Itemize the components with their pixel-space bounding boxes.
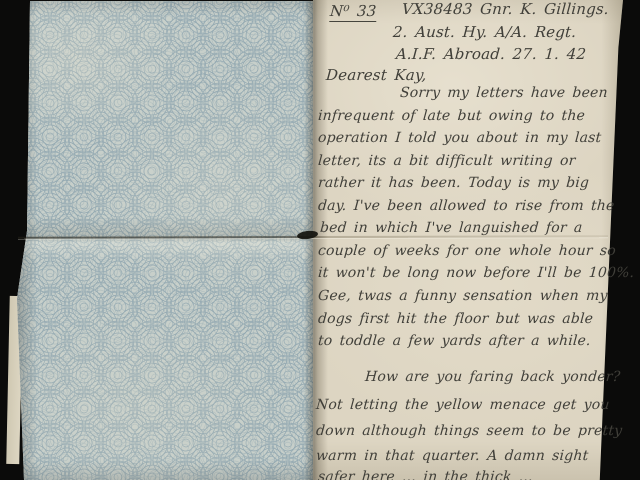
letter-line-cutoff: safer here … in the thick … — [317, 469, 533, 480]
letter-page-number: N⁰ 33 — [329, 2, 377, 20]
letter-line: dogs first hit the floor but was able — [317, 311, 593, 327]
letter-line: warm in that quarter. A damn sight — [315, 448, 589, 464]
letter-line: operation I told you about in my last — [317, 130, 602, 146]
letter-line: couple of weeks for one whole hour so — [317, 243, 616, 259]
letter-line: Gee, twas a funny sensation when my — [317, 288, 608, 304]
letter-line: How are you faring back yonder? — [364, 369, 620, 385]
salutation: Dearest Kay, — [325, 66, 427, 84]
letter-line: down although things seem to be pretty — [315, 423, 622, 439]
letter-scan: N⁰ 33 VX38483 Gnr. K. Gillings. 2. Aust.… — [0, 0, 640, 480]
guilloche-wave-pattern — [16, 1, 314, 480]
place-date-line: A.I.F. Abroad. 27. 1. 42 — [395, 45, 586, 63]
letter-line: it won't be long now before I'll be 100%… — [317, 265, 634, 281]
letter-line: letter, its a bit difficult writing or — [317, 153, 576, 169]
pattern-page — [16, 1, 314, 480]
letter-line: to toddle a few yards after a while. — [317, 333, 591, 349]
sender-unit-line: 2. Aust. Hy. A/A. Regt. — [392, 23, 577, 41]
letter-line: rather it has been. Today is my big — [317, 175, 589, 191]
letter-line: Not letting the yellow menace get you — [315, 397, 610, 413]
letter-line: day. I've been allowed to rise from the — [317, 198, 615, 214]
sender-service-line: VX38483 Gnr. K. Gillings. — [401, 0, 609, 18]
letter-line: bed in which I've languished for a — [319, 220, 583, 236]
letter-line: infrequent of late but owing to the — [317, 108, 585, 124]
letter-line: Sorry my letters have been — [399, 85, 608, 101]
